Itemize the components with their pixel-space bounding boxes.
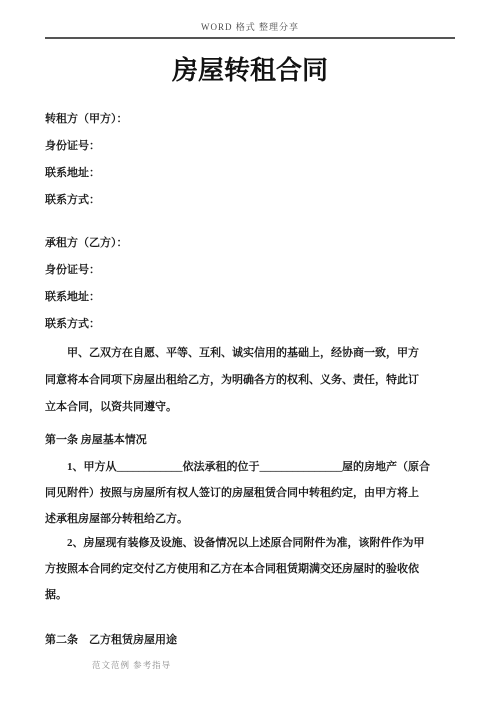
section-2-heading: 第二条 乙方租赁房屋用途 [45,627,455,654]
preamble-paragraph: 甲、乙双方在自愿、平等、互利、诚实信用的基础上，经协商一致，甲方 同意将本合同项… [45,340,455,421]
section-1-item-2: 2、房屋现有装修及设施、设备情况以上述原合同附件为准，该附件作为甲 方按照本合同… [45,530,455,608]
item-1-line: 同见附件）按照与房屋所有权人签订的房屋租赁合同中转租约定，由甲方将上 [45,480,455,506]
item-2-line: 据。 [45,582,455,608]
document-page: WORD 格式 整理分享 房屋转租合同 转租方（甲方）： 身份证号： 联系地址：… [0,0,500,707]
party-a-address-label: 联系地址： [45,160,455,187]
section-1-heading: 第一条 房屋基本情况 [45,427,455,454]
preamble-line: 同意将本合同项下房屋出租给乙方，为明确各方的权利、义务、责任，特此订 [45,367,455,394]
party-b-address-label: 联系地址： [45,284,455,311]
item-1-line: 述承租房屋部分转租给乙方。 [45,506,455,532]
party-a-contact-label: 联系方式： [45,187,455,214]
party-a-block: 转租方（甲方）： 身份证号： 联系地址： 联系方式： [45,106,455,214]
party-b-label: 承租方（乙方）： [45,230,455,257]
header-divider [45,37,455,39]
party-b-id-label: 身份证号： [45,257,455,284]
preamble-line: 甲、乙双方在自愿、平等、互利、诚实信用的基础上，经协商一致，甲方 [45,340,455,367]
page-title: 房屋转租合同 [0,50,500,87]
party-b-contact-label: 联系方式： [45,311,455,338]
section-1-heading-block: 第一条 房屋基本情况 [45,427,455,454]
party-a-label: 转租方（甲方）： [45,106,455,133]
section-2-heading-block: 第二条 乙方租赁房屋用途 [45,627,455,654]
preamble-line: 立本合同，以资共同遵守。 [45,394,455,421]
item-2-line: 方按照本合同约定交付乙方使用和乙方在本合同租赁期满交还房屋时的验收依 [45,556,455,582]
header-watermark: WORD 格式 整理分享 [0,20,500,33]
item-2-line: 2、房屋现有装修及设施、设备情况以上述原合同附件为准，该附件作为甲 [45,530,455,556]
party-b-block: 承租方（乙方）： 身份证号： 联系地址： 联系方式： [45,230,455,338]
item-1-line: 1、甲方从____________依法承租的位于_______________屋… [45,454,455,480]
section-1-item-1: 1、甲方从____________依法承租的位于_______________屋… [45,454,455,532]
party-a-id-label: 身份证号： [45,133,455,160]
footer-watermark: 范文范例 参考指导 [92,659,171,671]
